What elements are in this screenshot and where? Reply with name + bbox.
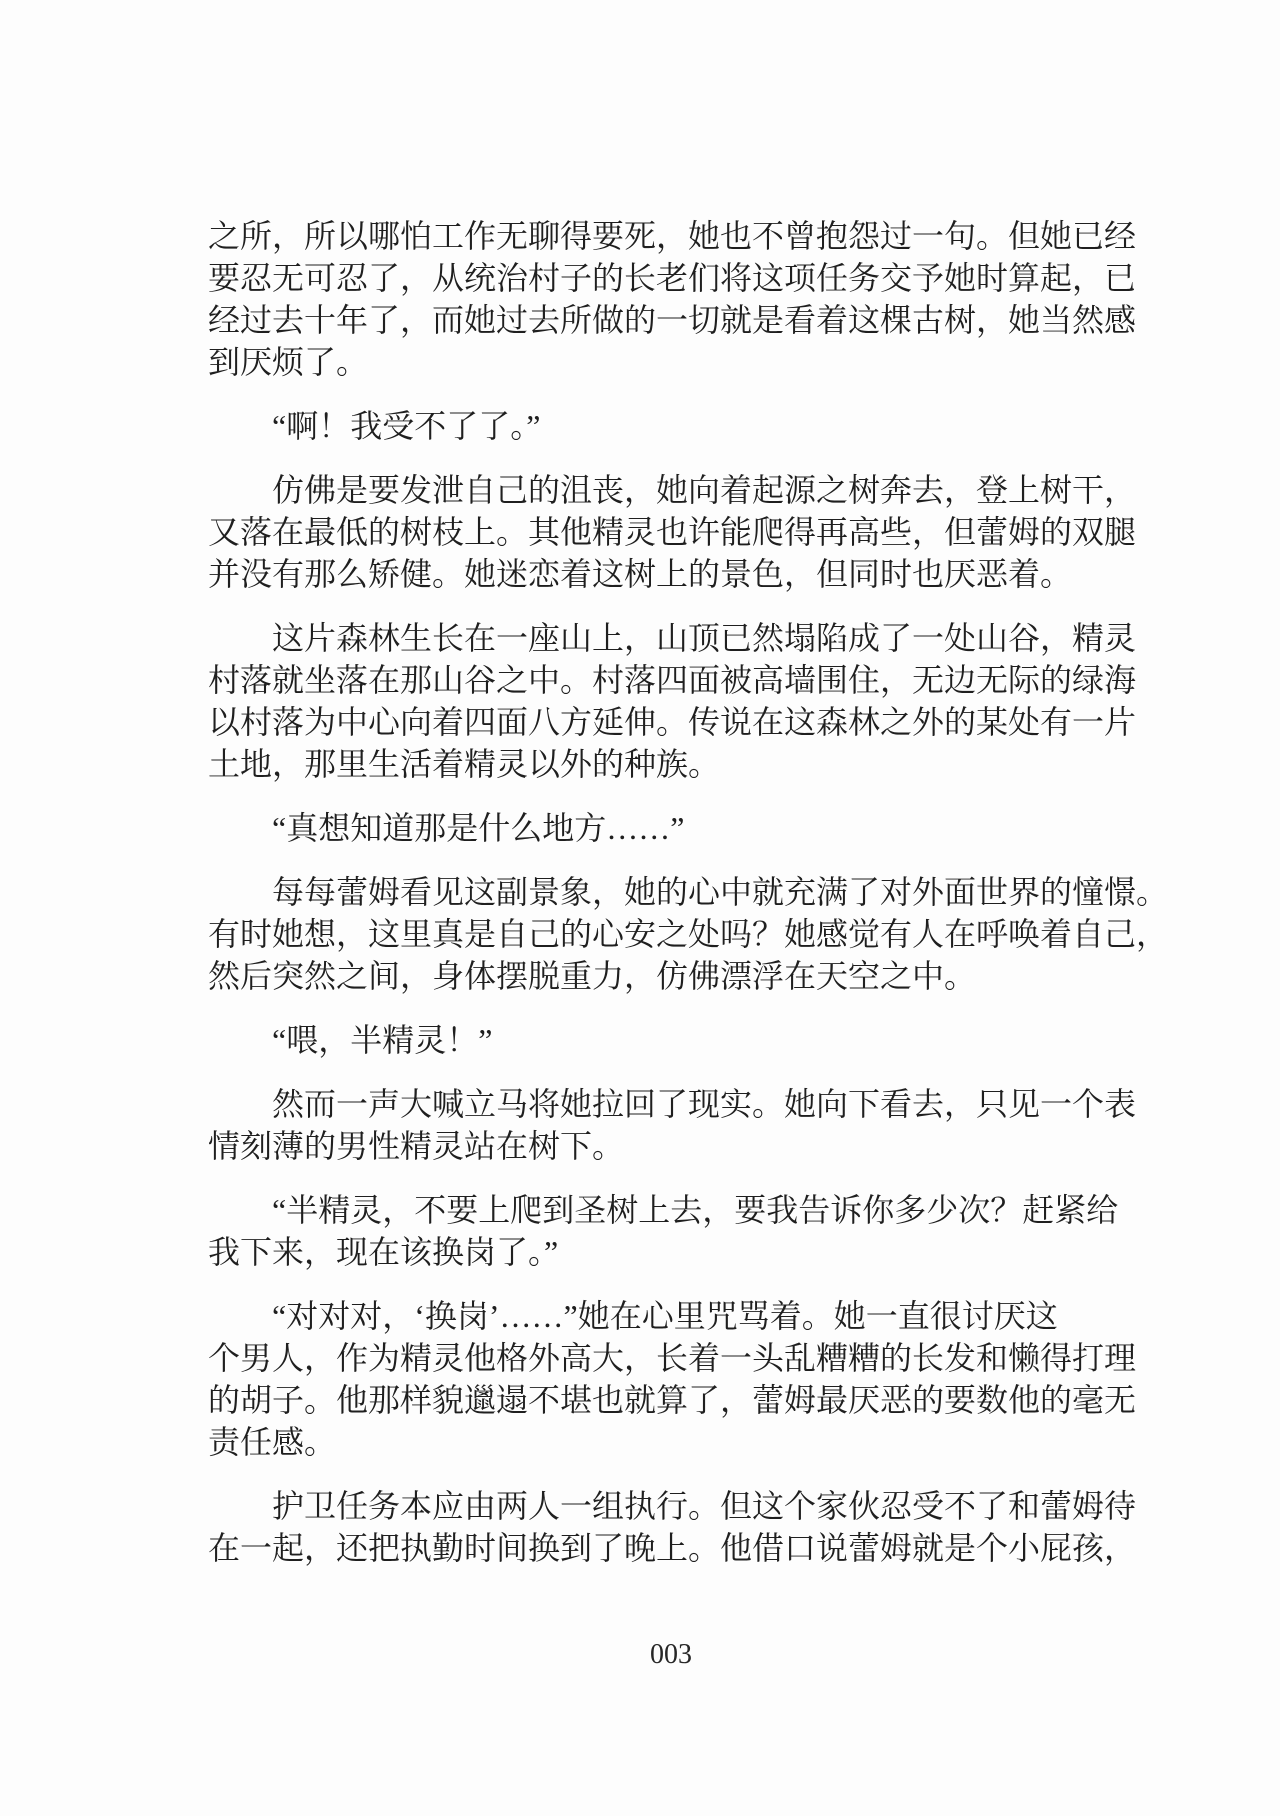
text-line: 土地，那里生活着精灵以外的种族。 bbox=[208, 743, 1134, 785]
paragraph: 之所，所以哪怕工作无聊得要死，她也不曾抱怨过一句。但她已经要忍无可忍了，从统治村… bbox=[208, 215, 1134, 383]
text-line: 并没有那么矫健。她迷恋着这树上的景色，但同时也厌恶着。 bbox=[208, 553, 1134, 595]
text-line: 每每蕾姆看见这副景象，她的心中就充满了对外面世界的憧憬。 bbox=[208, 871, 1134, 913]
book-page: 之所，所以哪怕工作无聊得要死，她也不曾抱怨过一句。但她已经要忍无可忍了，从统治村… bbox=[0, 0, 1280, 1816]
text-line: 村落就坐落在那山谷之中。村落四面被高墙围住，无边无际的绿海 bbox=[208, 659, 1134, 701]
text-line: “喂，半精灵！” bbox=[208, 1019, 1134, 1061]
text-line: 仿佛是要发泄自己的沮丧，她向着起源之树奔去，登上树干， bbox=[208, 469, 1134, 511]
text-line: 护卫任务本应由两人一组执行。但这个家伙忍受不了和蕾姆待 bbox=[208, 1485, 1134, 1527]
text-line: “对对对，‘换岗’……”她在心里咒骂着。她一直很讨厌这 bbox=[208, 1295, 1134, 1337]
paragraph: “喂，半精灵！” bbox=[208, 1019, 1134, 1061]
paragraph: “对对对，‘换岗’……”她在心里咒骂着。她一直很讨厌这个男人，作为精灵他格外高大… bbox=[208, 1295, 1134, 1463]
page-text: 之所，所以哪怕工作无聊得要死，她也不曾抱怨过一句。但她已经要忍无可忍了，从统治村… bbox=[208, 215, 1134, 1591]
text-line: 经过去十年了，而她过去所做的一切就是看着这棵古树，她当然感 bbox=[208, 299, 1134, 341]
paragraph: “啊！我受不了了。” bbox=[208, 405, 1134, 447]
paragraph: 护卫任务本应由两人一组执行。但这个家伙忍受不了和蕾姆待在一起，还把执勤时间换到了… bbox=[208, 1485, 1134, 1569]
paragraph: 仿佛是要发泄自己的沮丧，她向着起源之树奔去，登上树干，又落在最低的树枝上。其他精… bbox=[208, 469, 1134, 595]
text-line: 这片森林生长在一座山上，山顶已然塌陷成了一处山谷，精灵 bbox=[208, 617, 1134, 659]
text-line: 责任感。 bbox=[208, 1421, 1134, 1463]
text-line: 要忍无可忍了，从统治村子的长老们将这项任务交予她时算起，已 bbox=[208, 257, 1134, 299]
text-line: “半精灵，不要上爬到圣树上去，要我告诉你多少次？赶紧给 bbox=[208, 1189, 1134, 1231]
text-line: 然而一声大喊立马将她拉回了现实。她向下看去，只见一个表 bbox=[208, 1083, 1134, 1125]
text-line: 情刻薄的男性精灵站在树下。 bbox=[208, 1125, 1134, 1167]
paragraph: “半精灵，不要上爬到圣树上去，要我告诉你多少次？赶紧给我下来，现在该换岗了。” bbox=[208, 1189, 1134, 1273]
text-line: 之所，所以哪怕工作无聊得要死，她也不曾抱怨过一句。但她已经 bbox=[208, 215, 1134, 257]
text-line: 我下来，现在该换岗了。” bbox=[208, 1231, 1134, 1273]
text-line: “啊！我受不了了。” bbox=[208, 405, 1134, 447]
text-line: 以村落为中心向着四面八方延伸。传说在这森林之外的某处有一片 bbox=[208, 701, 1134, 743]
paragraph: 然而一声大喊立马将她拉回了现实。她向下看去，只见一个表情刻薄的男性精灵站在树下。 bbox=[208, 1083, 1134, 1167]
text-line: 到厌烦了。 bbox=[208, 341, 1134, 383]
text-line: 在一起，还把执勤时间换到了晚上。他借口说蕾姆就是个小屁孩， bbox=[208, 1527, 1134, 1569]
paragraph: 这片森林生长在一座山上，山顶已然塌陷成了一处山谷，精灵村落就坐落在那山谷之中。村… bbox=[208, 617, 1134, 785]
paragraph: “真想知道那是什么地方……” bbox=[208, 807, 1134, 849]
page-number: 003 bbox=[208, 1638, 1134, 1672]
text-line: “真想知道那是什么地方……” bbox=[208, 807, 1134, 849]
text-line: 的胡子。他那样貌邋遢不堪也就算了，蕾姆最厌恶的要数他的毫无 bbox=[208, 1379, 1134, 1421]
text-line: 然后突然之间，身体摆脱重力，仿佛漂浮在天空之中。 bbox=[208, 955, 1134, 997]
text-line: 又落在最低的树枝上。其他精灵也许能爬得再高些，但蕾姆的双腿 bbox=[208, 511, 1134, 553]
text-line: 有时她想，这里真是自己的心安之处吗？她感觉有人在呼唤着自己， bbox=[208, 913, 1134, 955]
paragraph: 每每蕾姆看见这副景象，她的心中就充满了对外面世界的憧憬。有时她想，这里真是自己的… bbox=[208, 871, 1134, 997]
text-line: 个男人，作为精灵他格外高大，长着一头乱糟糟的长发和懒得打理 bbox=[208, 1337, 1134, 1379]
